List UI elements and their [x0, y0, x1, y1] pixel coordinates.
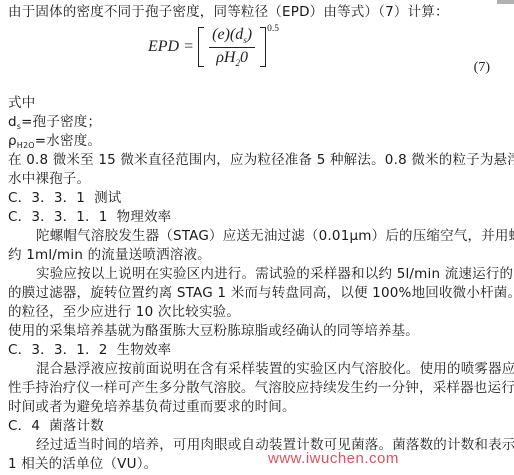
- left-bracket: [198, 27, 204, 67]
- formula-fraction: (e)(ds) ρH20: [206, 26, 258, 68]
- definition-row-water-density: ρH2O=水密度。: [8, 132, 506, 151]
- right-bracket: [260, 27, 266, 67]
- body-text: 式中 ds=孢子密度； ρH2O=水密度。 在 0.8 微米至 15 微米直径范…: [8, 94, 506, 474]
- definition-row-spore-density: ds=孢子密度；: [8, 113, 506, 132]
- section-heading-physical-efficiency: C．3．3．1．1 物理效率: [8, 208, 506, 227]
- watermark: www.iwuchen.com: [268, 450, 399, 467]
- numerator-close: ): [247, 26, 252, 43]
- formula-lhs: EPD: [148, 38, 179, 56]
- formula-exponent: 0.5: [267, 24, 279, 34]
- paragraph-line: 性手持治疗仪一样可产生多分散气溶胶。气溶胶应持续发生约一分钟，采样器也运行相同的: [8, 379, 506, 398]
- paragraph-line: 约 1ml/min 的流量送喷洒溶液。: [8, 246, 506, 265]
- formula-denominator: ρH20: [216, 48, 248, 68]
- formula-block: EPD = (e)(ds) ρH20 0.5 (7): [8, 22, 506, 90]
- formula-equals: =: [184, 38, 193, 56]
- denominator-tail: 0: [240, 49, 248, 66]
- equation-number: (7): [474, 60, 490, 76]
- definition-subscript: H2O: [17, 141, 35, 150]
- document-page: 由于固体的密度不同于孢子密度，同等粒径（EPD）由等式）（7）计算： EPD =…: [0, 0, 514, 475]
- section-heading-test: C．3．3．1 测试: [8, 189, 506, 208]
- paragraph-line: 时间或者为避免培养基负荷过重而要求的时间。: [8, 398, 506, 417]
- paragraph-line: 水中裸孢子。: [8, 170, 506, 189]
- paragraph-line: 陀螺帽气溶胶发生器（STAG）应送无油过滤（0.01μm）后的压缩空气，并用蠕动…: [8, 227, 506, 246]
- formula-numerator: (e)(ds): [209, 26, 255, 48]
- paragraph-line-media: 使用的采集培养基就为酪蛋胨大豆粉胨琼脂或经确认的同等培养基。: [8, 322, 506, 341]
- denominator-main: ρH: [216, 49, 235, 66]
- scrollbar-fragment: [497, 0, 514, 4]
- numerator-main: (e)(d: [212, 26, 243, 43]
- intro-line: 由于固体的密度不同于孢子密度，同等粒径（EPD）由等式）（7）计算：: [8, 3, 506, 22]
- paragraph-line: 的粒径，至少应进行 10 次比较实验。: [8, 303, 506, 322]
- where-label: 式中: [8, 94, 506, 113]
- paragraph-line: 实验应按以上说明在实验区内进行。需试验的采样器和以约 5l/min 流速运行的 …: [8, 265, 506, 284]
- epd-formula: EPD = (e)(ds) ρH20 0.5: [148, 26, 279, 68]
- section-heading-colony-count: C．4 菌落计数: [8, 417, 506, 436]
- paragraph-line: 1 相关的活单位（VU）。: [8, 455, 506, 474]
- paragraph-line: 的膜过滤器，旋转位置约离 STAG 1 米而与转盘同高，以便 100%地回收微小…: [8, 284, 506, 303]
- definition-text: =孢子密度；: [21, 114, 101, 130]
- definition-text: =水密度。: [35, 133, 101, 149]
- section-heading-biological-efficiency: C．3．3．1．2 生物效率: [8, 341, 506, 360]
- definition-symbol: d: [8, 114, 17, 130]
- paragraph-line: 混合悬浮液应按前面说明在含有采样装置的实验区内气溶胶化。使用的喷雾器应象一次: [8, 360, 506, 379]
- paragraph-line: 经过适当时间的培养，可用肉眼或自动装置计数可见菌落。菌落数的计数和表示采用与: [8, 436, 506, 455]
- definition-symbol: ρ: [8, 133, 17, 149]
- paragraph-line: 在 0.8 微米至 15 微米直径范围内，应为粒径准备 5 种解法。0.8 微米…: [8, 151, 506, 170]
